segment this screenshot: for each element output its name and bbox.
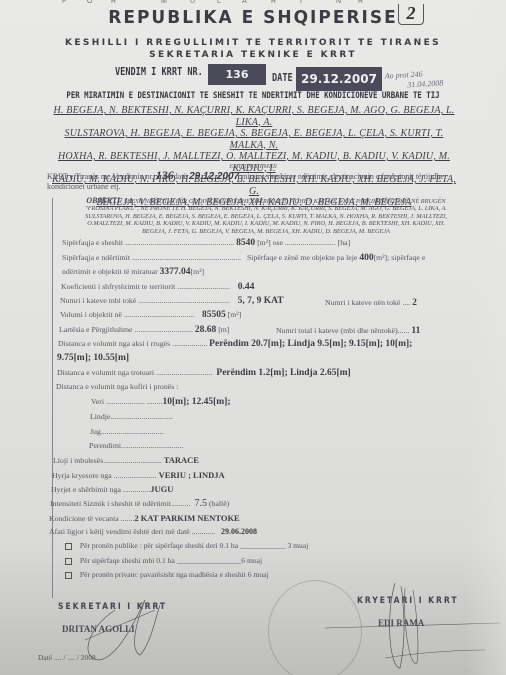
field-total-floors: Numri total i kateve (mbi dhe nëntokë)..… [276,326,420,336]
intro-date: 29.12.2007 [189,171,239,182]
field-label: Volumi i objektit në [60,310,122,319]
field-label: Jug [90,427,101,436]
field-note: Sipërfaqe e zënë me objekte pa leje [247,253,357,262]
field-label: Veri [91,397,104,406]
form-letter: U [190,0,195,5]
dots: ................................ [121,441,183,450]
field-unit: [m³] [228,310,242,319]
dots: ........................................… [132,253,241,262]
field-label: Distanca e volumit nga kufiri i pronës : [56,382,178,391]
owners-caption: EMER MBIEMER [0,163,506,170]
field-distance-axis-cont: 9.75[m]; 10.55[m] [57,353,129,363]
dots: ............................. [156,368,213,377]
form-letter: R [271,0,276,5]
date-label: DATE [272,71,293,84]
field-label: Hyrjet e shërbimit nga [51,485,121,494]
boundary-north: Veri .................... ........10[m];… [91,397,231,407]
field-value: 7.5 [194,498,207,509]
field-label: Numri total i kateve (mbi dhe nëntokë) [276,326,398,335]
field-value: 5, 7, 9 KAT [238,296,284,306]
field-label: Afati ligjor i këtij vendimi është deri … [49,527,190,536]
field-label: Numri i kateve mbi tokë [60,296,136,305]
field-value: Perëndim 1.2[m]; Lindja 2.65[m] [216,368,350,378]
dots: ........................................… [125,238,234,247]
field-value: 29.06.2008 [221,527,257,536]
field-label: Lindje [90,412,110,421]
dots: ...................... [114,471,157,480]
field-value: 28.68 [195,325,216,335]
field-distance-axis: Distanca e volumit nga aksi i rrugës ...… [58,339,412,349]
field-value: JUGU [150,484,173,494]
field-value: TARACE [164,455,199,465]
condition-value: 3 muaj [287,541,308,550]
dots: ........................................… [138,296,230,305]
dots: .................... ........ [106,397,163,406]
condition-value: 6 muaj [241,556,262,565]
field-unit: [m²] [191,267,205,276]
field-coefficient: Koeficienti i shfrytëzimit te territorit… [61,282,254,292]
field-value: 10[m]; 12.45[m]; [162,397,230,407]
condition-text: Për sipërfaqe sheshi mbi 0.1 ha [80,556,175,565]
object-line: BEGEJA, J. FETA, G. BEGEJA, V. BEGEJA, M… [66,228,466,235]
decision-label: VENDIM I KRRT NR. [115,65,203,78]
field-unit: [ha] [338,238,351,247]
dots: .................................... [124,310,194,319]
council-name: KESHILLI I RREGULLIMIT TE TERRITORIT TE … [0,38,506,48]
condition-text: Për pronën publike : për sipërfaqe shesh… [80,541,238,550]
field-special-conditions: Kondicione të vecanta .......2 KAT PARKI… [49,513,240,523]
dots: ................................ [101,427,163,436]
field-value: 8540 [236,238,255,248]
object-line: O.MALLTEZI, M. KADIU, B. KADIU, V. KADIU… [66,220,466,227]
condition-text: Për pronën private: pavarësisht nga madh… [80,570,269,579]
form-letter: R [358,0,363,5]
field-value: VERIU ; LINDJA [159,470,225,480]
field-label: Hyrja kryesore nga [52,471,112,480]
owners-line: H. BEGEJA, N. BEKTESHI, N. KAÇURRI, K. K… [53,105,454,128]
document-title: REPUBLIKA E SHQIPERISE [0,8,506,29]
field-label: Distanca e volumit nga aksi i rrugës [58,339,170,348]
object-description: OBJEKTI: SHESH NDËRTIMI PËR GODINË BANIM… [66,197,466,235]
field-label: Lloji i mbulesës [53,456,103,465]
field-label: Koeficienti i shfrytëzimit te territorit [61,282,175,291]
object-label: OBJEKTI [86,196,120,205]
dots: .......................... [285,238,336,247]
field-value: 85505 [202,310,226,320]
field-value: 11 [411,326,420,336]
decision-purpose: PER MIRATIMIN E DESTINACIONIT TE SHESHIT… [46,91,461,101]
field-seismic: Intensiteti Sizmik i sheshit të ndërtimi… [50,498,229,509]
boundary-south: Jug................................ [90,427,163,436]
field-label: Lartësia e Përgjithshme [59,325,132,334]
form-letter: F [62,0,66,5]
condition-public-small: Për pronën publike : për sipërfaqe shesh… [65,541,308,550]
page-number: 2 [398,4,424,25]
dots: ................................ [110,412,172,421]
field-distance-boundary: Distanca e volumit nga kufiri i pronës : [56,382,178,391]
dots: ....... [121,514,135,523]
field-unit: [m] [218,325,229,334]
dots: ...... [398,326,410,335]
field-built-area: Sipërfaqja e ndërtimit .................… [62,253,425,263]
blank-line: ____________ [240,541,286,550]
form-letter: M [161,0,167,5]
intro-paragraph: KRRT e Tiranës me Vendimin nr. 136datë 2… [47,170,467,192]
chair-signature-icon [325,578,505,673]
object-line: : SHESH NDËRTIMI PËR GODINË BANIMI DHE S… [120,198,445,205]
dots: .................. [172,339,207,348]
handwritten-note: Ao prot 246 31.04.2008 [385,68,444,91]
field-label: Numri i kateve nën tokë [325,298,400,307]
boundary-east: Lindje................................ [90,412,173,421]
field-approved-area: ndërtimit e objektit të miratuar 3377.04… [62,267,204,277]
dots: .......... [171,499,191,508]
intro-text: KRRT e Tiranës me Vendimin nr. [47,172,154,181]
field-unit: [m²]; sipërfaqe e [374,253,426,262]
field-value: Perëndim 20.7[m]; Lindja 9.5[m]; 9.15[m]… [209,339,412,349]
document-page: F O R M U L A R I N R REPUBLIKA E SHQIPE… [0,0,506,675]
boundary-west: Perendimi...............................… [89,441,183,450]
checkbox-icon [65,572,72,579]
field-floors-above: Numri i kateve mbi tokë ................… [60,296,284,306]
decision-number-box: 136 [208,64,266,85]
decision-date-box: 29.12.2007 [296,67,382,91]
field-unit: (ballë) [209,499,229,508]
form-letter: L [217,0,221,5]
field-value: 0.44 [238,282,255,292]
intro-text: miratoi sheshin e ndërtimit, destinacion… [241,172,444,181]
field-roof-type: Lloji i mbulesës........................… [53,455,199,465]
intro-decision-number: 136 [156,168,174,182]
margin-line [52,198,53,598]
dots: .... [402,298,410,307]
field-label: Kondicione të vecanta [49,514,119,523]
field-label: ndërtimit e objektit të miratuar [62,267,158,276]
secretariat-name: SEKRETARIA TEKNIKE E KRRT [0,50,506,60]
object-line: "FROSINA PLAKU", NË PRONË TË H. BEGEJA, … [66,205,466,212]
field-site-area: Sipërfaqja e sheshit ...................… [62,238,350,248]
field-value: 2 KAT PARKIM NENTOKE [134,513,239,523]
field-service-entrance: Hyrjet e shërbimit nga ..............JUG… [51,484,173,494]
owners-list: H. BEGEJA, N. BEKTESHI, N. KAÇURRI, K. K… [48,105,460,209]
condition-public-large: Për sipërfaqe sheshi mbi 0.1 ha ________… [65,556,262,565]
dots: .............................. [103,456,161,465]
checkbox-icon [65,558,72,565]
dots: ........................... [177,282,230,291]
field-main-entrance: Hyrja kryesore nga .....................… [52,470,225,480]
field-distance-sidewalk: Distanca e volumit nga trotuari ........… [57,368,351,378]
dots: ............ [192,527,215,536]
owners-line: SULSTAROVA, H. BEGEJA, E. BEGEJA, S. BEG… [65,128,444,151]
form-letter: O [87,0,92,5]
field-label: Perendimi [89,441,121,450]
checkbox-icon [65,543,72,550]
field-volume: Volumi i objektit në ...................… [60,310,241,320]
field-height: Lartësia e Përgjithshme ................… [59,325,229,335]
secretary-signature-icon [75,590,165,670]
dots: .............. [123,485,150,494]
form-letter: A [242,0,247,5]
field-value: 9.75[m]; 10.55[m] [57,353,129,363]
field-label: Distanca e volumit nga trotuari [57,368,154,377]
field-validity: Afati ligjor i këtij vendimi është deri … [49,527,257,536]
field-value: 2 [412,298,417,308]
blank-line: _________________ [177,556,242,565]
intro-text: datë [174,172,187,181]
field-floors-below: Numri i kateve nën tokë .... 2 [325,298,417,308]
intro-text: kondicionet urbane etj. [47,182,121,191]
dots: .............................. [134,325,192,334]
field-label: Intensiteti Sizmik i sheshit të ndërtimi… [50,499,171,508]
condition-private: Për pronën private: pavarësisht nga madh… [65,570,269,579]
field-value: 400 [359,253,373,263]
form-letter: I [300,0,302,5]
form-letter: N [336,0,341,5]
field-value: 3377.04 [160,267,191,277]
field-label: Sipërfaqja e sheshit [62,238,123,247]
form-letter: R [111,0,116,5]
object-line: SULSTAROVA, H. BEGEJA, E. BEGEJA, S. BEG… [66,213,466,220]
field-unit: [m²] ose [257,238,283,247]
field-label: Sipërfaqja e ndërtimit [62,253,130,262]
